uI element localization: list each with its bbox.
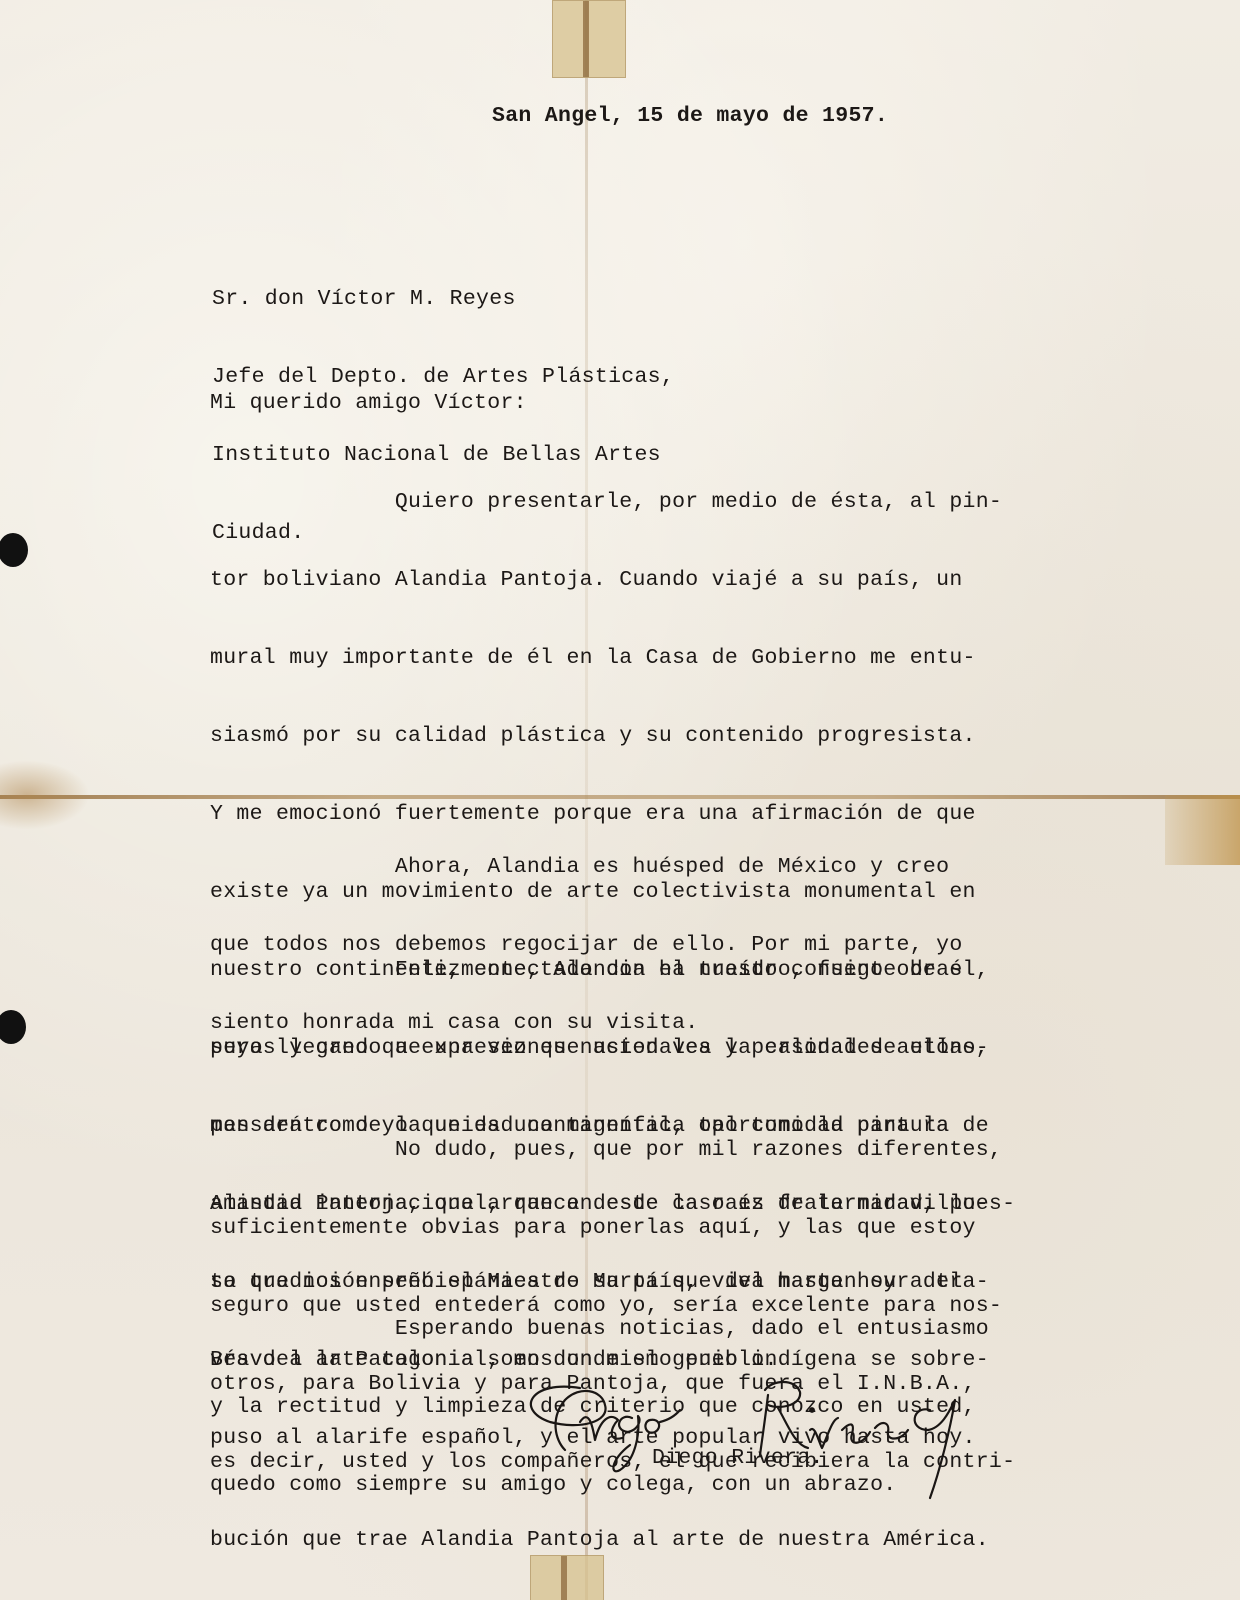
- rust-stain-right: [1165, 795, 1240, 865]
- body-line: Esperando buenas noticias, dado el entus…: [210, 1316, 989, 1342]
- punch-hole: [0, 533, 28, 567]
- body-line: siasmó por su calidad plástica y su cont…: [210, 723, 1002, 749]
- body-line: suficientemente obvias para ponerlas aqu…: [210, 1215, 1015, 1241]
- recipient-line: Sr. don Víctor M. Reyes: [212, 286, 674, 312]
- body-line: Quiero presentarle, por medio de ésta, a…: [210, 489, 1002, 515]
- recipient-line: Jefe del Depto. de Artes Plásticas,: [212, 364, 674, 390]
- salutation: Mi querido amigo Víctor:: [210, 390, 527, 416]
- body-line: Ahora, Alandia es huésped de México y cr…: [210, 854, 963, 880]
- handwritten-signature: [510, 1350, 980, 1500]
- letter-paper: San Angel, 15 de mayo de 1957. Sr. don V…: [0, 0, 1240, 1600]
- body-line: tor boliviano Alandia Pantoja. Cuando vi…: [210, 567, 1002, 593]
- rust-stain-left: [0, 760, 90, 830]
- body-line: Felizmente, Alandia ha traído consigo ob…: [210, 957, 1015, 983]
- punch-hole: [0, 1010, 26, 1044]
- tape-top: [552, 0, 626, 78]
- body-line: suyas y creo que una vez que usted vea l…: [210, 1035, 1015, 1061]
- body-line: No dudo, pues, que por mil razones difer…: [210, 1137, 1015, 1163]
- place-date: San Angel, 15 de mayo de 1957.: [492, 103, 888, 129]
- body-line: mural muy importante de él en la Casa de…: [210, 645, 1002, 671]
- typed-signature-name: Diego Rivera.: [652, 1445, 824, 1471]
